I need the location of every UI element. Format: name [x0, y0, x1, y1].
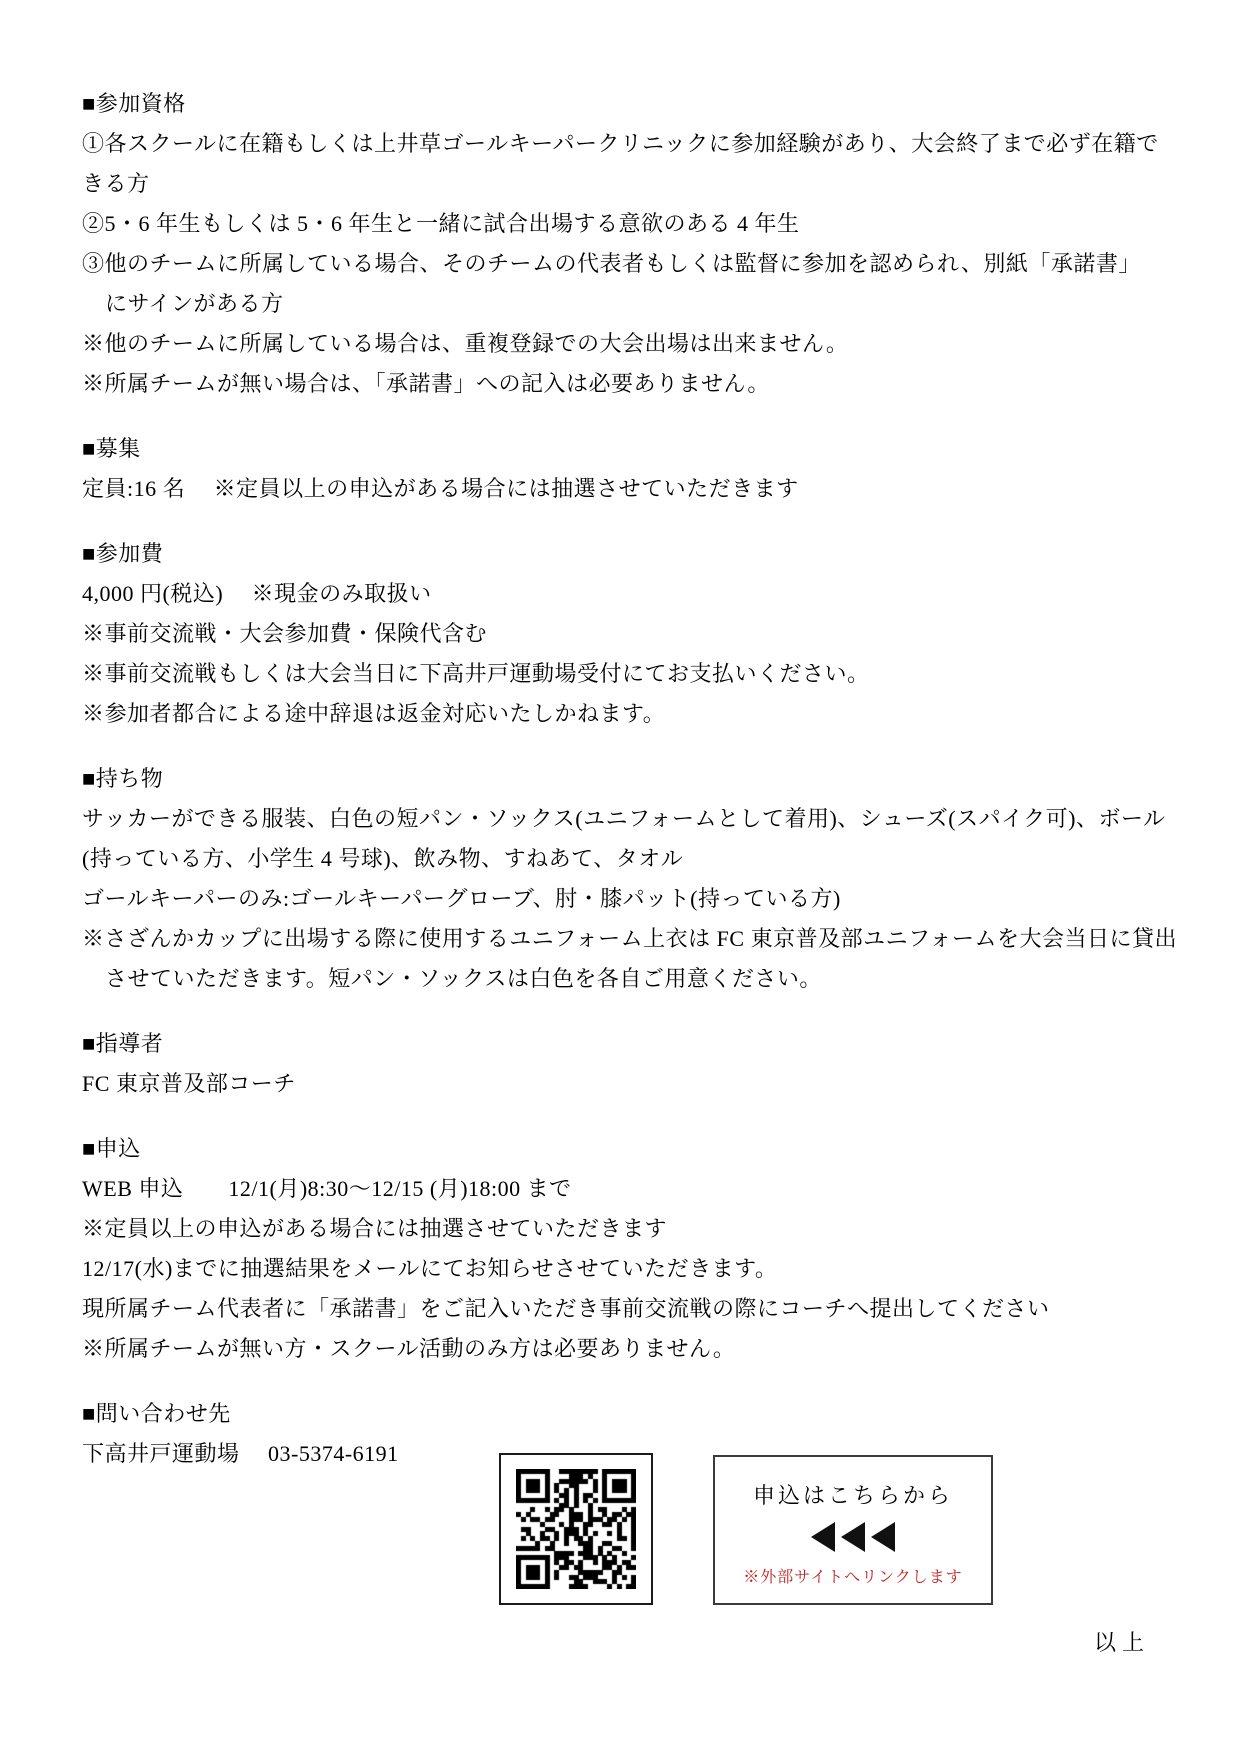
text-line: 4,000 円(税込) ※現金のみ取扱い [82, 574, 1152, 614]
section-heading: ■参加費 [82, 534, 1152, 574]
section-heading: ■参加資格 [82, 84, 1152, 124]
closing-text: 以上 [1094, 1626, 1150, 1657]
text-line: ※事前交流戦・大会参加費・保険代含む [82, 614, 1152, 654]
section-5: ■申込WEB 申込 12/1(月)8:30～12/15 (月)18:00 まで※… [82, 1129, 1152, 1369]
external-site-note: ※外部サイトへリンクします [743, 1564, 963, 1587]
section-3: ■持ち物サッカーができる服装、白色の短パン・ソックス(ユニフォームとして着用)、… [82, 759, 1152, 999]
text-line: ゴールキーパーのみ:ゴールキーパーグローブ、肘・膝パット(持っている方) [82, 879, 1152, 919]
apply-title: 申込はこちらから [753, 1479, 953, 1510]
text-line: サッカーができる服装、白色の短パン・ソックス(ユニフォームとして着用)、シューズ… [82, 799, 1152, 839]
triple-left-arrow-icon [808, 1522, 898, 1552]
text-line: ※所属チームが無い場合は、「承諾書」への記入は必要ありません。 [82, 364, 1152, 404]
text-line: ②5・6 年生もしくは 5・6 年生と一緒に試合出場する意欲のある 4 年生 [82, 204, 1152, 244]
qr-code [516, 1469, 636, 1589]
text-line: 現所属チーム代表者に「承諾書」をご記入いただき事前交流戦の際にコーチへ提出してく… [82, 1289, 1152, 1329]
text-line: ※他のチームに所属している場合は、重複登録での大会出場は出来ません。 [82, 324, 1152, 364]
left-arrow-icon [871, 1522, 895, 1552]
section-0: ■参加資格①各スクールに在籍もしくは上井草ゴールキーパークリニックに参加経験があ… [82, 84, 1152, 404]
section-heading: ■指導者 [82, 1024, 1152, 1064]
text-line: きる方 [82, 164, 1152, 204]
text-line: ※さざんかカップに出場する際に使用するユニフォーム上衣は FC 東京普及部ユニフ… [82, 919, 1152, 959]
section-2: ■参加費4,000 円(税込) ※現金のみ取扱い※事前交流戦・大会参加費・保険代… [82, 534, 1152, 734]
section-heading: ■申込 [82, 1129, 1152, 1169]
document-body: ■参加資格①各スクールに在籍もしくは上井草ゴールキーパークリニックに参加経験があ… [82, 84, 1152, 1499]
section-heading: ■持ち物 [82, 759, 1152, 799]
apply-panel: 申込はこちらから ※外部サイトへリンクします [713, 1455, 993, 1605]
text-line: ※定員以上の申込がある場合には抽選させていただきます [82, 1209, 1152, 1249]
left-arrow-icon [841, 1522, 865, 1552]
text-line: ③他のチームに所属している場合、そのチームの代表者もしくは監督に参加を認められ、… [82, 244, 1152, 284]
text-line: 定員:16 名 ※定員以上の申込がある場合には抽選させていただきます [82, 469, 1152, 509]
text-line: WEB 申込 12/1(月)8:30～12/15 (月)18:00 まで [82, 1169, 1152, 1209]
text-line: (持っている方、小学生 4 号球)、飲み物、すねあて、タオル [82, 839, 1152, 879]
text-line: 12/17(水)までに抽選結果をメールにてお知らせさせていただきます。 [82, 1249, 1152, 1289]
text-line: FC 東京普及部コーチ [82, 1064, 1152, 1104]
text-line: ※参加者都合による途中辞退は返金対応いたしかねます。 [82, 694, 1152, 734]
section-heading: ■募集 [82, 429, 1152, 469]
left-arrow-icon [811, 1522, 835, 1552]
document-page: ■参加資格①各スクールに在籍もしくは上井草ゴールキーパークリニックに参加経験があ… [0, 0, 1241, 1755]
text-line: ※事前交流戦もしくは大会当日に下高井戸運動場受付にてお支払いください。 [82, 654, 1152, 694]
section-heading: ■問い合わせ先 [82, 1394, 1152, 1434]
text-line: ①各スクールに在籍もしくは上井草ゴールキーパークリニックに参加経験があり、大会終… [82, 124, 1152, 164]
text-line: ※所属チームが無い方・スクール活動のみ方は必要ありません。 [82, 1329, 1152, 1369]
text-line: させていただきます。短パン・ソックスは白色を各自ご用意ください。 [82, 959, 1152, 999]
section-4: ■指導者FC 東京普及部コーチ [82, 1024, 1152, 1104]
qr-panel [499, 1453, 653, 1605]
text-line: にサインがある方 [82, 284, 1152, 324]
section-1: ■募集定員:16 名 ※定員以上の申込がある場合には抽選させていただきます [82, 429, 1152, 509]
